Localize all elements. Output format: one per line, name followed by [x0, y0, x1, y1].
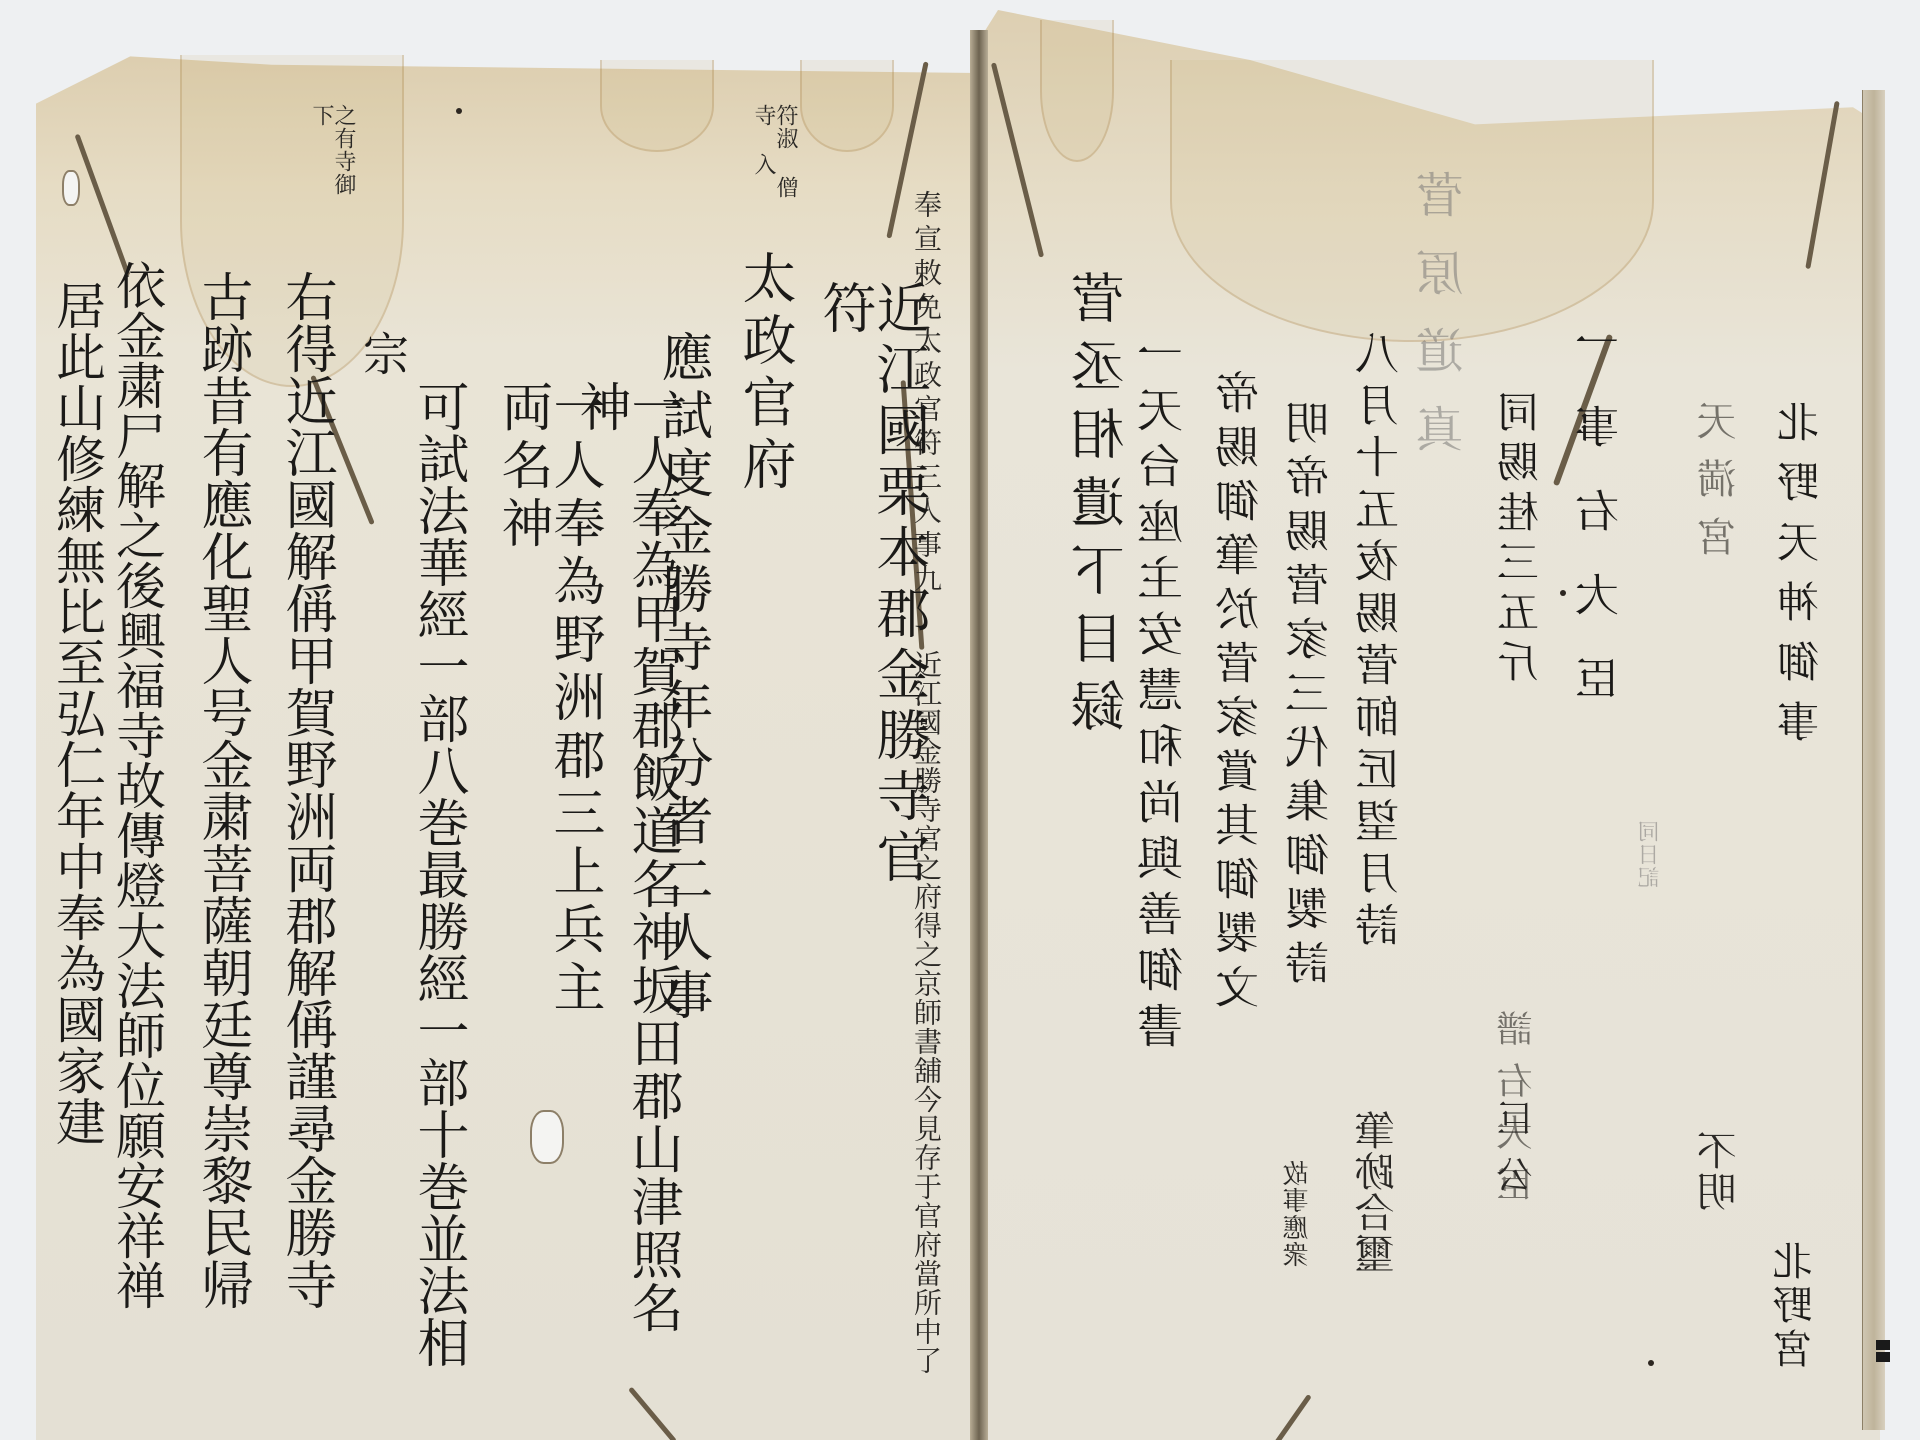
bleed-note: 筆跡合璽	[1358, 1110, 1398, 1310]
text-column: 可試法華經一部八巻最勝經一部十巻並法相	[412, 380, 464, 1380]
binding-tab	[1876, 1352, 1890, 1362]
bleed-text-column: 八月十五夜賜菅師匠望月詩	[1360, 330, 1404, 1050]
bleed-text-column: 帝賜御筆於菅家賞其御製文	[1220, 370, 1264, 1190]
water-stain	[1040, 20, 1114, 162]
text-column: 古跡昔有應化聖人号金粛菩薩朝廷尊崇黎民帰	[196, 270, 248, 1380]
text-column: 太政官府	[738, 250, 792, 510]
text-column: 居此山修練無比至弘仁年中奉為國家建	[52, 280, 102, 1390]
bleed-text-column: 北野宮	[1776, 1240, 1816, 1400]
bleed-note: 巨公	[1500, 1100, 1536, 1250]
text-column: 依金粛尸解之後興福寺故傳燈大法師位願安祥禅	[112, 260, 162, 1390]
book-gutter	[970, 30, 988, 1440]
text-column: 宗	[360, 330, 406, 390]
water-stain	[600, 60, 714, 152]
margin-note: 符淑 僧寺 入	[752, 104, 796, 214]
ink-speck	[1648, 1360, 1654, 1366]
ink-speck	[456, 108, 462, 114]
bleed-note: 故事應衆	[1285, 1160, 1311, 1290]
bleed-text-column: 菅丞相遺下目録	[1075, 270, 1129, 790]
bleed-text-column: 一事右大臣	[1580, 320, 1624, 960]
bleed-note: 同日記	[1640, 820, 1662, 960]
bleed-note: 不明	[1700, 1130, 1740, 1250]
text-column: 近江國栗本郡金勝寺官符	[818, 280, 926, 940]
ink-speck	[1560, 590, 1566, 596]
worm-hole	[62, 170, 80, 206]
binding-tab	[1876, 1340, 1890, 1350]
margin-note: 之有寺御下	[310, 104, 354, 214]
worm-hole	[530, 1110, 564, 1164]
water-stain	[1170, 60, 1654, 342]
bleed-text-column: 一天台座主安慧和尚與善御書	[1140, 330, 1186, 1150]
water-stain	[800, 60, 894, 152]
bleed-text-column: 同賜桂三五斤	[1500, 390, 1542, 730]
bleed-text-column: 北野天神御事	[1780, 400, 1822, 900]
text-column: 右得近江國解偁甲賀野洲両郡解偁謹尋金勝寺	[280, 270, 332, 1380]
open-manuscript-book: 之有寺御下 符淑 僧寺 入 奉宣敕免太政官符三人事九 近江國金勝寺官之府得之京師…	[0, 0, 1920, 1440]
page-stack-edge	[1862, 90, 1885, 1430]
bleed-text-column: 明帝賜菅家三代集御製詩	[1290, 400, 1334, 1100]
text-column: 一人奉為野洲郡三上兵主両名神	[496, 380, 600, 1060]
bleed-text-column: 天満宮	[1700, 400, 1740, 700]
bleed-text-column: 菅原道真	[1420, 170, 1468, 570]
